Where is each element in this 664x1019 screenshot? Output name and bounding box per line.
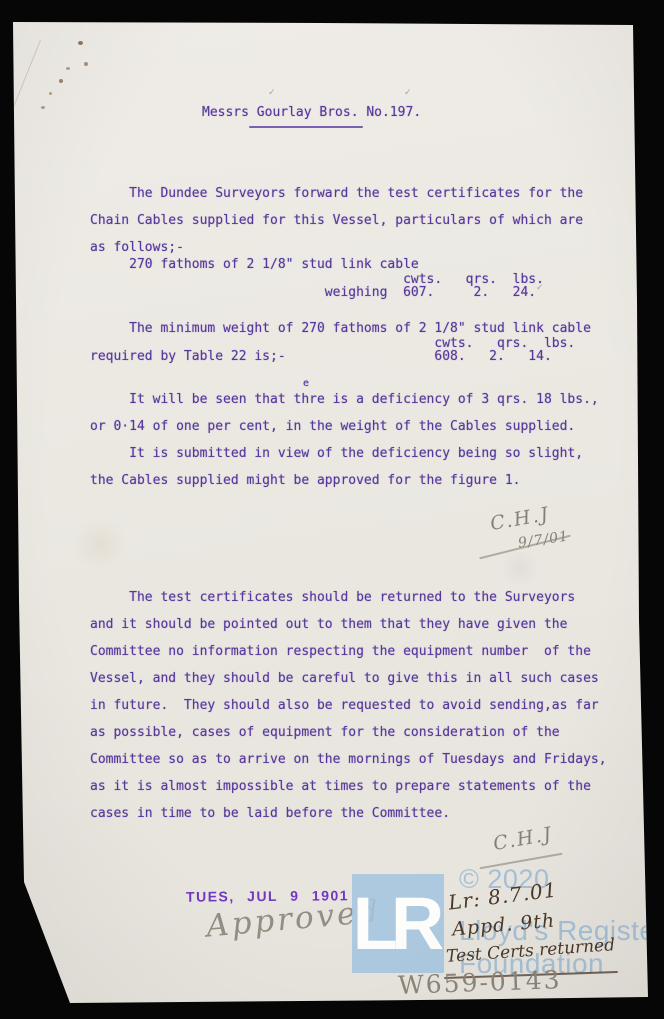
cable-item-line: 270 fathoms of 2 1/8" stud link cable: [90, 257, 419, 272]
foxing-spot: [66, 67, 70, 70]
inserted-letter-e: e: [303, 379, 309, 389]
paper-scratch: [11, 40, 41, 113]
document-title: Messrs Gourlay Bros. No.197.: [202, 105, 421, 120]
archive-photograph: { "page": { "title_line": "Messrs Gourla…: [0, 0, 664, 1019]
surveyor-initials-2: C.H.J: [492, 823, 555, 855]
surveyor-initials-1: C.H.J: [489, 503, 552, 535]
weights-values-2: required by Table 22 is;- 608. 2. 14.: [90, 349, 552, 364]
foxing-spot: [84, 62, 88, 66]
paper-stain: [70, 520, 130, 568]
lloyds-register-logo: LR: [352, 874, 444, 973]
signature-date-1: 9/7/01: [517, 529, 570, 552]
foxing-spot: [49, 92, 52, 95]
document-page: Messrs Gourlay Bros. No.197. The Dundee …: [0, 0, 664, 1019]
paragraph-dundee-surveyors: The Dundee Surveyors forward the test ce…: [90, 180, 583, 261]
foxing-spot: [41, 106, 45, 109]
paper-shading: [0, 0, 664, 1019]
lr-logo-letters: LR: [353, 887, 438, 961]
archive-reference-number: W659-0143: [398, 965, 562, 1000]
pencil-tick-3: ✓: [536, 283, 544, 293]
pencil-tick-1: ✓: [268, 88, 276, 98]
foxing-spot: [59, 79, 63, 83]
title-underline: [249, 126, 363, 128]
paper-stain: [498, 552, 542, 584]
foxing-spot: [78, 41, 83, 45]
paragraph-committee-instructions: The test certificates should be returned…: [90, 584, 607, 827]
minimum-weight-line: The minimum weight of 270 fathoms of 2 1…: [90, 321, 591, 336]
pencil-tick-2: ✓: [404, 88, 412, 98]
paragraph-deficiency: It will be seen that thre is a deficienc…: [90, 386, 599, 494]
weights-values-1: weighing 607. 2. 24.: [90, 285, 536, 300]
